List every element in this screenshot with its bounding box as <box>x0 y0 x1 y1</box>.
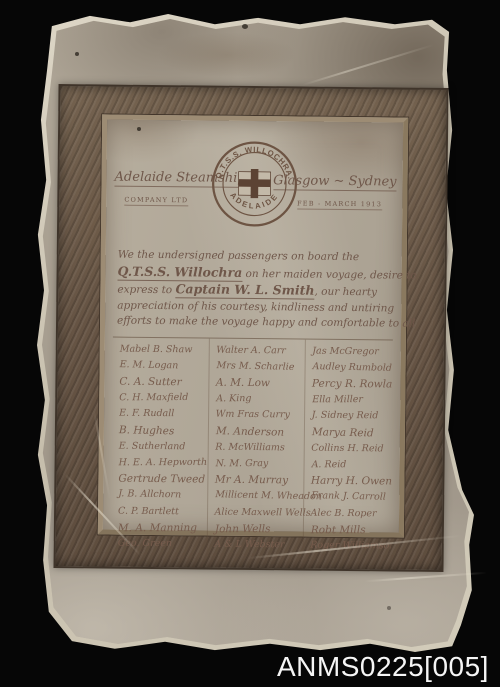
signature: M. A. Manning <box>118 520 207 537</box>
signature: Harry H. Owen <box>311 473 393 490</box>
wooden-frame: Adelaide Steamship COMPANY LTD <box>53 84 448 572</box>
signature: C. P. Bartlett <box>118 503 207 520</box>
body-line: express to Captain W. L. Smith, our hear… <box>117 281 393 301</box>
signature: Alec B. Roper <box>310 505 392 522</box>
signature: A & L Webster <box>214 537 302 554</box>
signature: C. H. Maxfield <box>119 390 208 407</box>
signature: Marya Reid <box>311 424 393 442</box>
signature: C. A. Sutter <box>119 374 208 391</box>
signature: M. Anderson <box>215 423 303 441</box>
signature: John Wells <box>214 521 302 538</box>
signature: B. Hughes <box>119 422 208 440</box>
signature: Mr A. Murray <box>215 472 303 489</box>
signature: H. E. A. Hepworth <box>119 455 208 472</box>
catalog-number: ANMS0225[005] <box>277 651 489 683</box>
house-flag-icon <box>238 169 270 198</box>
signature: N. M. Gray <box>215 456 303 473</box>
certificate-document: Adelaide Steamship COMPANY LTD <box>103 119 403 532</box>
signature: Geo. Green <box>118 536 207 553</box>
frame-inner-lip: Adelaide Steamship COMPANY LTD <box>98 114 408 537</box>
signature: Mrs M. Scharlie <box>216 358 304 376</box>
certificate-header: Adelaide Steamship COMPANY LTD <box>112 122 397 243</box>
route-title: Glasgow ~ Sydney <box>273 173 397 191</box>
signature-column-1: Mabel B. ShawE. M. LoganC. A. SutterC. H… <box>111 337 209 552</box>
signature: Robt Mills <box>310 522 393 539</box>
signature: Mabel B. Shaw <box>120 341 209 358</box>
signature: E. Sutherland <box>119 438 208 455</box>
signature: Wm Fras Curry <box>216 407 304 424</box>
signature-column-3: Jas McGregorAudley RumboldPercy R. Rowla… <box>302 339 393 554</box>
header-right: Glasgow ~ Sydney FEB - MARCH 1913 <box>273 169 397 210</box>
signature: Audley Rumbold <box>312 359 393 377</box>
signature: Collins H. Reid <box>311 440 393 457</box>
signature: Walter A. Carr <box>216 342 304 359</box>
company-subtitle: COMPANY LTD <box>124 196 188 207</box>
signature: R. McWilliams <box>215 439 303 456</box>
testimonial-text: We the undersigned passengers on board t… <box>117 248 394 332</box>
signatures-table: Mabel B. ShawE. M. LoganC. A. SutterC. H… <box>111 336 393 554</box>
signature: Millicent M. Wheadon <box>215 487 303 505</box>
signature: Gertrude Tweed <box>118 471 207 488</box>
body-line: efforts to make the voyage happy and com… <box>117 314 393 332</box>
signature: Frank J. Carroll <box>311 488 393 506</box>
voyage-date: FEB - MARCH 1913 <box>297 199 382 210</box>
signature: Percy R. Rowland <box>312 376 393 393</box>
archival-photograph: Adelaide Steamship COMPANY LTD <box>37 14 474 652</box>
signature: E. F. Rudall <box>119 406 208 423</box>
signature: J. B. Allchorn <box>118 486 207 504</box>
signature: A. Reid <box>311 457 393 474</box>
signature: A. King <box>216 391 304 408</box>
signature: Ella Miller <box>312 392 393 409</box>
signature: Roger Williamson <box>310 538 393 554</box>
signature: J. Sidney Reid <box>312 408 393 425</box>
signature: E. M. Logan <box>119 357 208 375</box>
signature: Jas McGregor <box>312 343 393 360</box>
signature-column-2: Walter A. CarrMrs M. ScharlieA. M. LowA.… <box>206 338 304 553</box>
signature: A. M. Low <box>216 375 304 392</box>
signature: Alice Maxwell Wells <box>214 504 302 521</box>
